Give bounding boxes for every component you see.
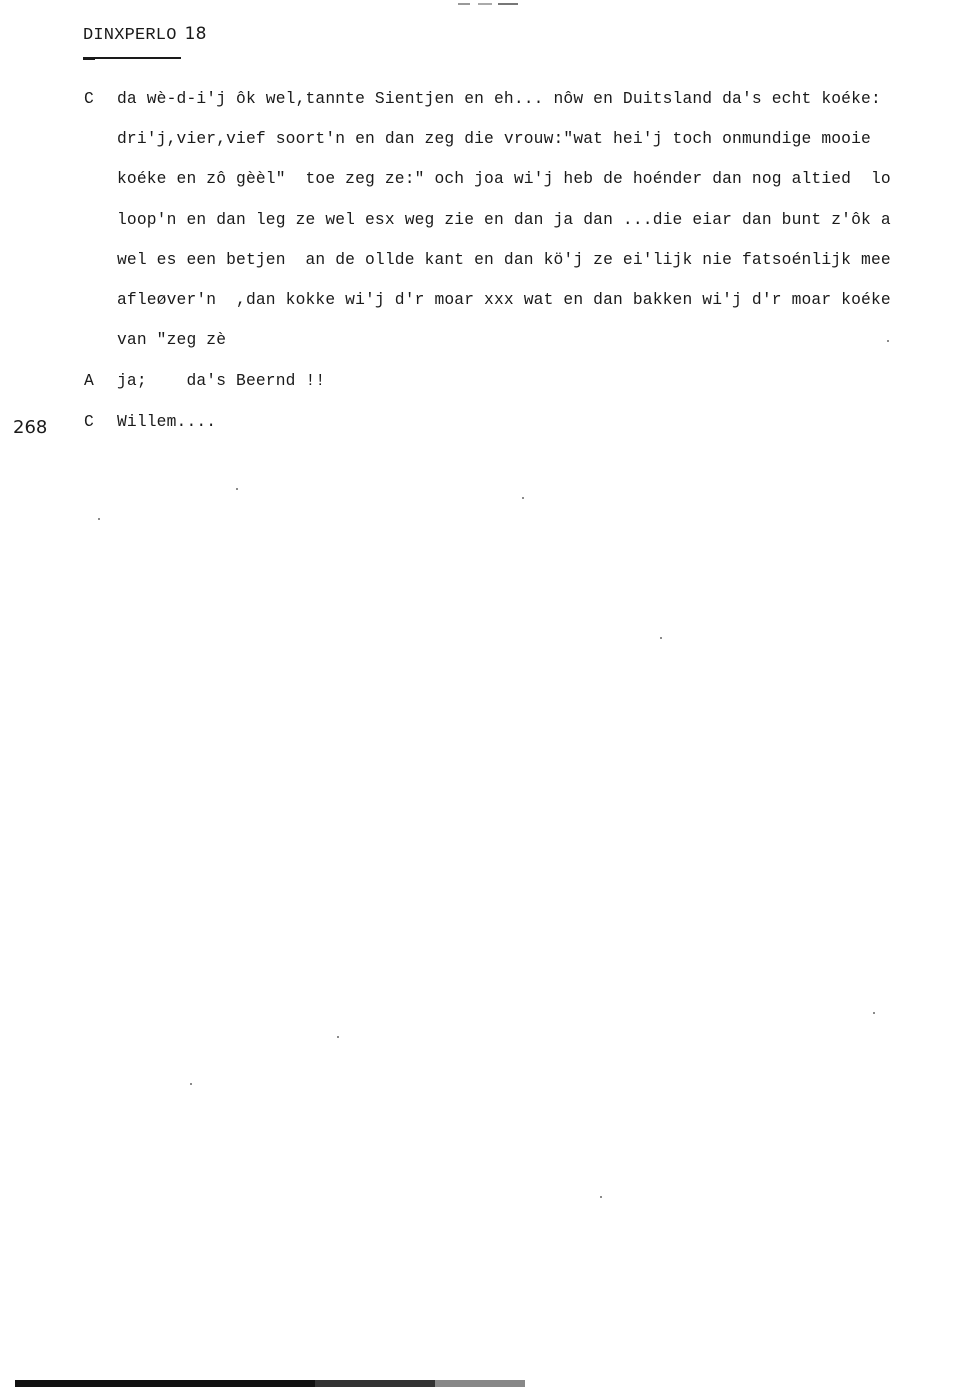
scan-speck bbox=[236, 488, 238, 490]
scan-speck bbox=[337, 1036, 339, 1038]
scan-speck bbox=[873, 1012, 875, 1014]
transcript-line: da wè-d-i'j ôk wel,tannte Sientjen en eh… bbox=[117, 89, 881, 108]
margin-line-number: 268 bbox=[13, 417, 47, 438]
transcript-line: Willem.... bbox=[117, 412, 216, 431]
header-number: 18 bbox=[185, 24, 207, 44]
scan-speck bbox=[887, 340, 889, 342]
header-title: DINXPERLO bbox=[83, 26, 177, 45]
transcript-line: wel es een betjen an de ollde kant en da… bbox=[117, 250, 891, 269]
transcript-line: van "zeg zè bbox=[117, 330, 226, 349]
scan-speck bbox=[190, 1083, 192, 1085]
header-underline bbox=[83, 57, 181, 59]
scan-edge-bar bbox=[15, 1380, 525, 1387]
transcript-line: koéke en zô gèèl" toe zeg ze:" och joa w… bbox=[117, 169, 891, 188]
speaker-label: A bbox=[84, 371, 94, 390]
transcript-line: afleøver'n ,dan kokke wi'j d'r moar xxx … bbox=[117, 290, 891, 309]
document-header: DINXPERLO18 bbox=[83, 24, 207, 45]
speaker-label: C bbox=[84, 89, 94, 108]
speaker-label: C bbox=[84, 412, 94, 431]
scan-speck bbox=[522, 497, 524, 499]
scan-speck bbox=[660, 637, 662, 639]
transcript-line: loop'n en dan leg ze wel esx weg zie en … bbox=[117, 210, 891, 229]
scan-artifact-top bbox=[458, 3, 518, 5]
transcript-line: dri'j,vier,vief soort'n en dan zeg die v… bbox=[117, 129, 871, 148]
scan-speck bbox=[98, 518, 100, 520]
scan-speck bbox=[600, 1196, 602, 1198]
transcript-line: ja; da's Beernd !! bbox=[117, 371, 325, 390]
